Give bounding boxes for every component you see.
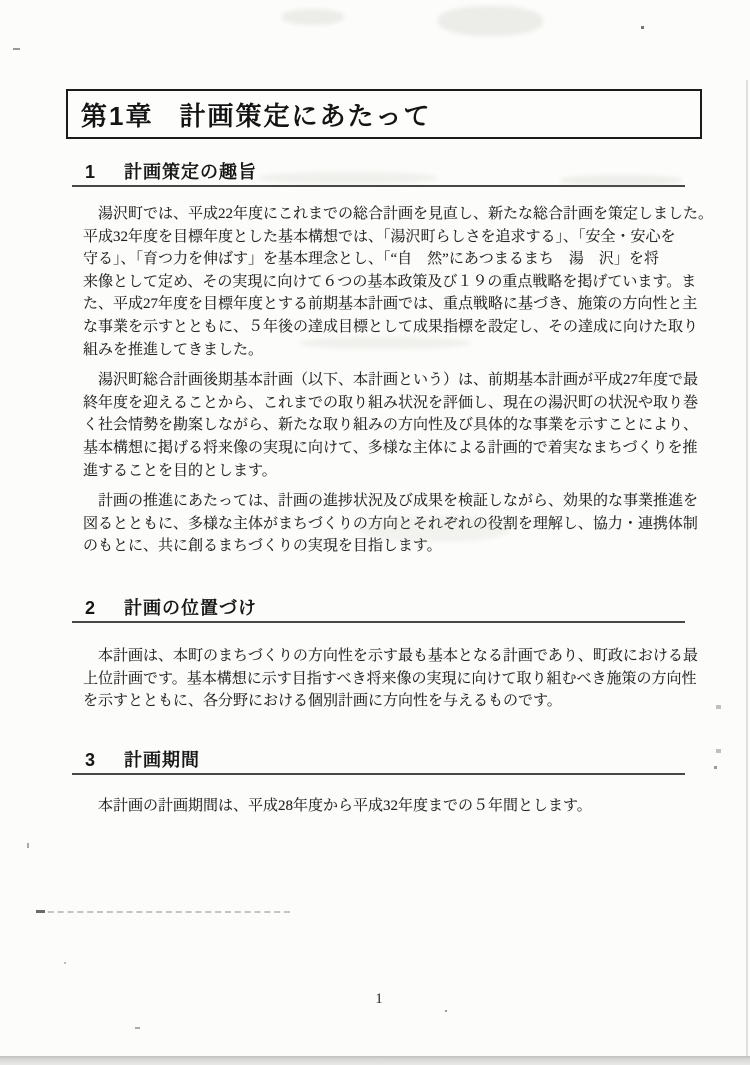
paragraph: 本計画の計画期間は、平成28年度から平成32年度までの５年間とします。: [83, 795, 713, 818]
text-line: 湯沢町では、平成22年度にこれまでの総合計画を見直し、新たな総合計画を策定しまし…: [83, 203, 713, 226]
section-1-body: 湯沢町では、平成22年度にこれまでの総合計画を見直し、新たな総合計画を策定しまし…: [83, 203, 713, 558]
scan-speck: [135, 1027, 140, 1029]
text-line: 終年度を迎えることから、これまでの取り組み状況を評価し、現在の湯沢町の状況や取り…: [83, 392, 713, 415]
section-2-number: 2: [85, 598, 96, 618]
text-line: 守る」、「育つ力を伸ばす」を基本理念とし、「“自 然”にあつまるまち 湯 沢」を…: [83, 248, 713, 271]
text-line: を示すとともに、各分野における個別計画に方向性を与えるものです。: [83, 690, 713, 713]
scan-smudge: [258, 172, 438, 184]
scan-dotted-line: [38, 911, 290, 913]
chapter-heading: 第1章 計画策定にあたって: [66, 89, 702, 139]
scan-speck: [641, 26, 644, 29]
section-2-heading: 2 計画の位置づけ: [72, 598, 685, 623]
scan-smudge: [300, 337, 470, 349]
scan-speck: [36, 910, 45, 913]
scan-speck: [13, 48, 20, 50]
section-1-number: 1: [85, 162, 96, 182]
document-page: 第1章 計画策定にあたって 1 計画策定の趣旨 湯沢町では、平成22年度にこれま…: [0, 0, 750, 1065]
paragraph: 湯沢町総合計画後期基本計画（以下、本計画という）は、前期基本計画が平成27年度で…: [83, 369, 713, 482]
scan-smudge: [560, 175, 682, 186]
text-line: 計画の推進にあたっては、計画の進捗状況及び成果を検証しながら、効果的な事業推進を: [83, 490, 713, 513]
section-3-heading: 3 計画期間: [72, 750, 685, 775]
scan-speck: [714, 766, 717, 769]
section-3-title: 計画期間: [124, 750, 200, 770]
section-3-number: 3: [85, 750, 96, 770]
chapter-title: 計画策定にあたって: [179, 96, 431, 133]
text-line: 湯沢町総合計画後期基本計画（以下、本計画という）は、前期基本計画が平成27年度で…: [83, 369, 713, 392]
scan-smudge: [282, 9, 344, 25]
scan-smudge: [360, 516, 510, 542]
scan-edge-band: [0, 1056, 750, 1065]
section-2-body: 本計画は、本町のまちづくりの方向性を示す最も基本となる計画であり、町政における最…: [83, 645, 713, 713]
text-line: 平成32年度を目標年度とした基本構想では、「湯沢町らしさを追求する」、「安全・安…: [83, 226, 713, 249]
scan-speck: [716, 705, 721, 709]
section-1-title: 計画策定の趣旨: [124, 162, 257, 182]
text-line: く社会情勢を勘案しながら、新たな取り組みの方向性及び具体的な事業を示すことにより…: [83, 414, 713, 437]
page-number: 1: [0, 991, 750, 1008]
text-line: 上位計画です。基本構想に示す目指すべき将来像の実現に向けて取り組むべき施策の方向…: [83, 668, 713, 691]
scan-speck: [64, 962, 66, 964]
scan-speck: [27, 843, 29, 848]
scan-smudge: [438, 6, 543, 36]
section-2-title: 計画の位置づけ: [124, 598, 257, 618]
text-line: 来像として定め、その実現に向けて６つの基本政策及び１９の重点戦略を掲げています。…: [83, 271, 713, 294]
scan-speck: [716, 749, 721, 753]
text-line: た、平成27年度を目標年度とする前期基本計画では、重点戦略に基づき、施策の方向性…: [83, 293, 713, 316]
chapter-number: 第1章: [81, 96, 153, 133]
text-line: 進することを目的とします。: [83, 460, 713, 483]
section-3-body: 本計画の計画期間は、平成28年度から平成32年度までの５年間とします。: [83, 795, 713, 818]
paragraph: 本計画は、本町のまちづくりの方向性を示す最も基本となる計画であり、町政における最…: [83, 645, 713, 713]
text-line: な事業を示すとともに、５年後の達成目標として成果指標を設定し、その達成に向けた取…: [83, 316, 713, 339]
text-line: 本計画は、本町のまちづくりの方向性を示す最も基本となる計画であり、町政における最: [83, 645, 713, 668]
text-line: 本計画の計画期間は、平成28年度から平成32年度までの５年間とします。: [83, 795, 713, 818]
scan-edge-line: [746, 80, 748, 1056]
scan-speck: [445, 1010, 447, 1012]
text-line: 基本構想に掲げる将来像の実現に向けて、多様な主体による計画的で着実なまちづくりを…: [83, 437, 713, 460]
